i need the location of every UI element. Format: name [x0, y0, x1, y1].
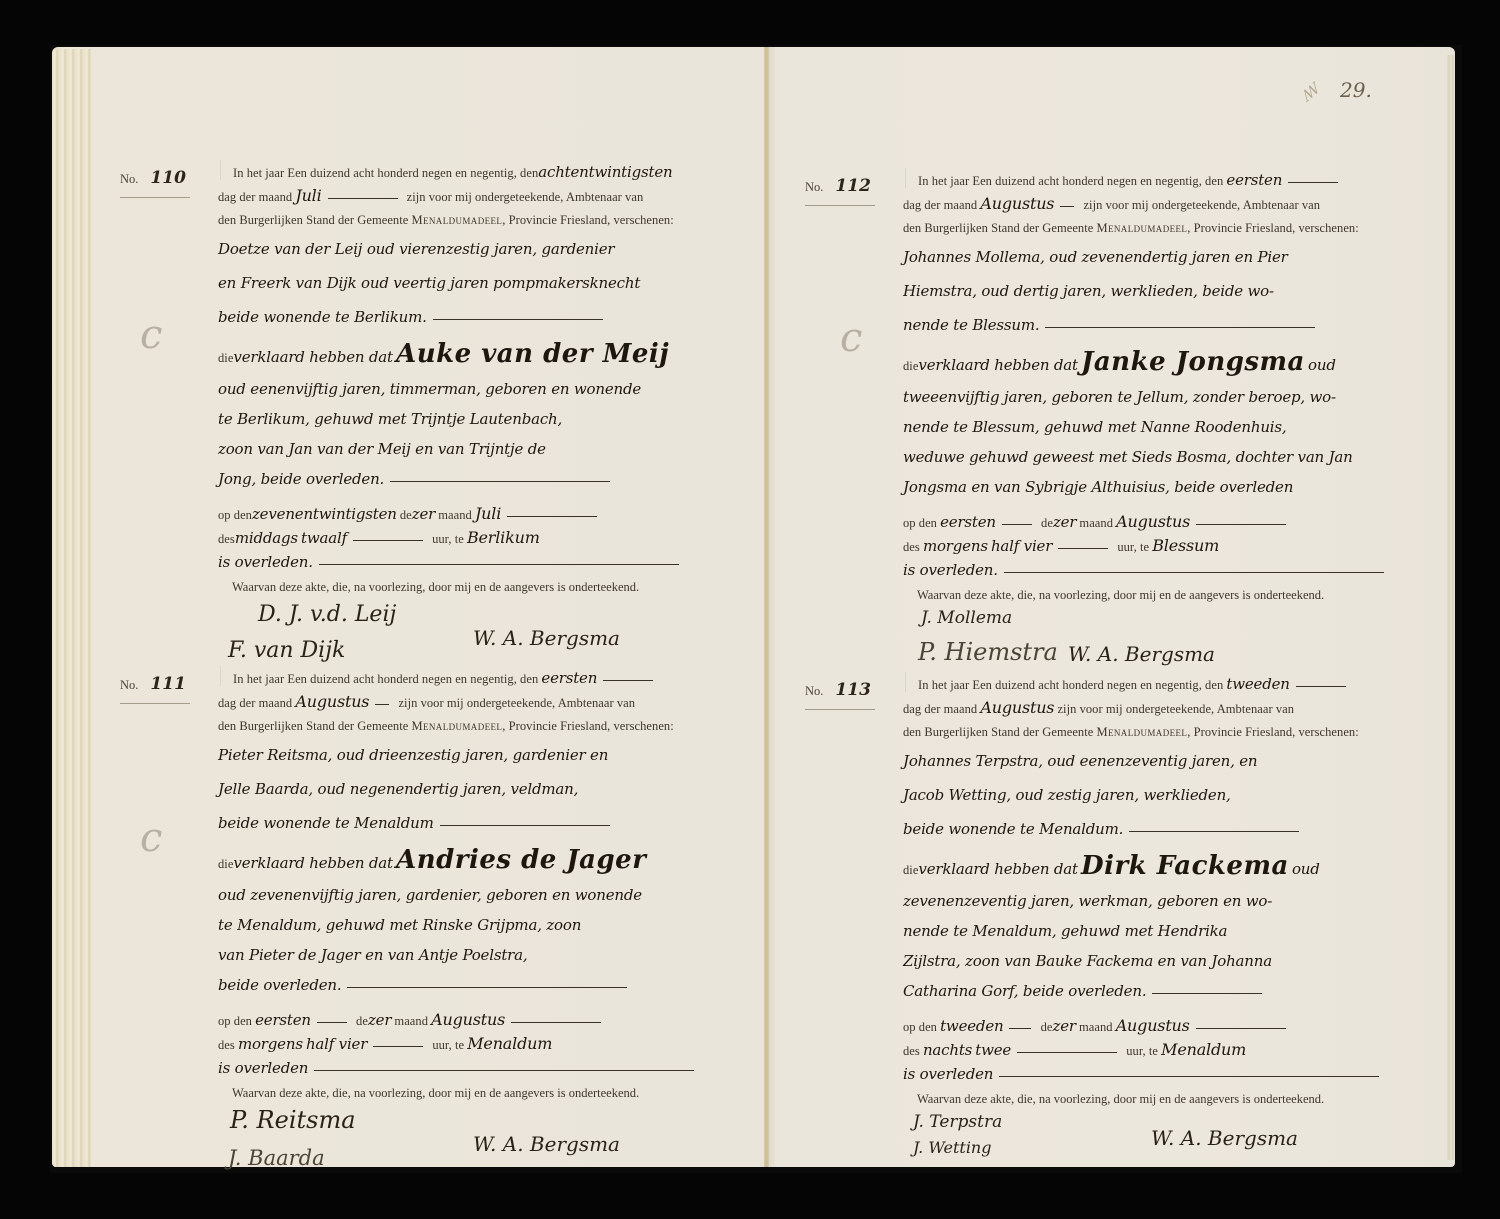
appearant-line: en Freerk van Dijk oud veertig jaren pom… [218, 274, 640, 292]
deceased-name: Auke van der Meij [396, 339, 669, 369]
death-day: tweeden [940, 1017, 1003, 1035]
entry-number: No.111 [120, 674, 190, 704]
appearant-line: nende te Blessum. [903, 316, 1039, 334]
death-day: zevenentwintigsten [252, 505, 397, 523]
appearant-line: beide wonende te Menaldum. [903, 820, 1123, 838]
death-place: Blessum [1152, 536, 1219, 555]
appearant-line: Johannes Terpstra, oud eenenzeventig jar… [903, 752, 1257, 770]
signature: J. Wetting [913, 1138, 991, 1157]
deceased-name: Dirk Fackema [1081, 851, 1289, 881]
signature: P. Hiemstra [918, 638, 1058, 666]
page-number: ꟿ29. [1302, 78, 1372, 102]
appearant-line: beide wonende te Menaldum [218, 814, 434, 832]
month: Augustus [980, 698, 1054, 717]
appearant-line: Jacob Wetting, oud zestig jaren, werklie… [903, 786, 1231, 804]
left-page-edges [52, 49, 92, 1167]
margin-pencil-mark: c [140, 312, 162, 358]
death-day: eersten [255, 1011, 311, 1029]
right-page-edge [1447, 55, 1455, 1160]
signatures: J. Terpstra J. Wetting W. A. Bergsma [903, 1112, 1403, 1202]
month: Augustus [295, 692, 369, 711]
deceased-name: Andries de Jager [396, 845, 646, 875]
death-month: Augustus [1116, 1016, 1190, 1035]
pencil-scribble: ꟿ [1298, 79, 1323, 104]
time-period: nachts [923, 1041, 972, 1059]
signature-registrar: W. A. Bergsma [473, 1132, 620, 1156]
day-written: tweeden [1226, 675, 1289, 693]
signature-registrar: W. A. Bergsma [1151, 1126, 1298, 1150]
day-written: achtentwintigsten [538, 163, 672, 181]
death-place: Menaldum [467, 1034, 552, 1053]
deceased-name: Janke Jongsma [1081, 347, 1305, 377]
time-period: middags [235, 529, 298, 547]
appearant-line: Hiemstra, oud dertig jaren, werklieden, … [903, 282, 1274, 300]
appearant-line: Johannes Mollema, oud zevenendertig jare… [903, 248, 1288, 266]
month: Juli [295, 186, 321, 205]
death-place: Menaldum [1161, 1040, 1246, 1059]
death-place: Berlikum [467, 528, 540, 547]
time-period: morgens [923, 537, 988, 555]
signature: D. J. v.d. Leij [258, 602, 396, 627]
closing-text: Waarvan deze akte, die, na voorlezing, d… [903, 582, 1403, 608]
death-day: eersten [940, 513, 996, 531]
book-gutter [764, 47, 769, 1167]
signature: P. Reitsma [230, 1106, 356, 1134]
municipality: Menaldumadeel [411, 213, 502, 227]
margin-pencil-mark: c [840, 315, 862, 361]
time-value: half vier [991, 537, 1052, 555]
month: Augustus [980, 194, 1054, 213]
death-month: Juli [475, 504, 501, 523]
time-value: twaalf [301, 529, 347, 547]
appearant-line: Jelle Baarda, oud negenendertig jaren, v… [218, 780, 578, 798]
day-written: eersten [541, 669, 597, 687]
entry-number: No.113 [805, 680, 875, 710]
entry-number: No.110 [120, 168, 190, 198]
closing-text: Waarvan deze akte, die, na voorlezing, d… [218, 574, 718, 600]
signature: F. van Dijk [228, 638, 345, 663]
appearant-line: beide wonende te Berlikum. [218, 308, 427, 326]
signature: J. Baarda [228, 1146, 325, 1170]
day-written: eersten [1226, 171, 1282, 189]
signature: J. Terpstra [913, 1112, 1002, 1132]
appearant-line: Pieter Reitsma, oud drieenzestig jaren, … [218, 746, 608, 764]
signature-registrar: W. A. Bergsma [473, 626, 620, 650]
death-month: Augustus [431, 1010, 505, 1029]
time-value: twee [975, 1041, 1011, 1059]
municipality: Menaldumadeel [411, 719, 502, 733]
closing-text: Waarvan deze akte, die, na voorlezing, d… [218, 1080, 718, 1106]
appearant-line: Doetze van der Leij oud vierenzestig jar… [218, 240, 614, 258]
signature: J. Mollema [921, 608, 1012, 628]
signature-registrar: W. A. Bergsma [1068, 642, 1215, 666]
municipality: Menaldumadeel [1096, 221, 1187, 235]
margin-pencil-mark: c [140, 815, 162, 861]
time-period: morgens [238, 1035, 303, 1053]
entry-number: No.112 [805, 176, 875, 206]
signatures: P. Reitsma J. Baarda W. A. Bergsma [218, 1106, 718, 1196]
closing-text: Waarvan deze akte, die, na voorlezing, d… [903, 1086, 1403, 1112]
death-month: Augustus [1116, 512, 1190, 531]
municipality: Menaldumadeel [1096, 725, 1187, 739]
time-value: half vier [306, 1035, 367, 1053]
